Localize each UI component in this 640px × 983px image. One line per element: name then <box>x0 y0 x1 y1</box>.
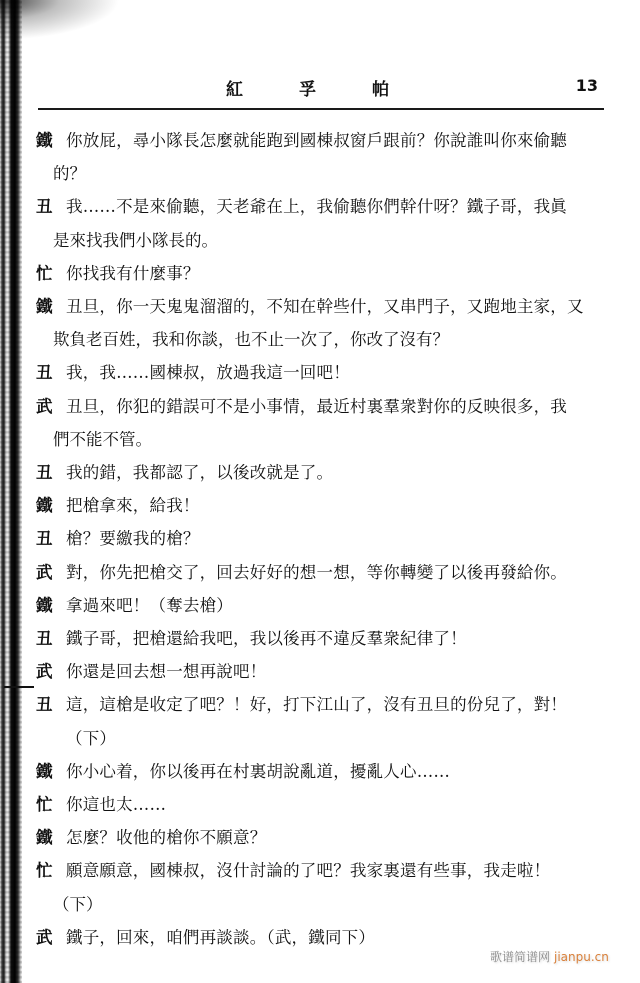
script-body: 鐵你放屁，尋小隊長怎麼就能跑到國棟叔窗戶跟前？你說誰叫你來偷聽的？丑我……不是來… <box>36 124 606 954</box>
speaker-name: 丑 <box>36 522 66 555</box>
dialogue-continuation: 的？ <box>36 157 606 190</box>
speaker-name: 武 <box>36 921 66 954</box>
dialogue-line: 丑鐵子哥，把槍還給我吧，我以後再不違反羣衆紀律了！ <box>36 622 606 655</box>
dialogue-text: 你找我有什麼事？ <box>66 257 606 290</box>
dialogue-continuation: 們不能不管。 <box>36 423 606 456</box>
speaker-name: 忙 <box>36 854 66 887</box>
speaker-name: 丑 <box>36 356 66 389</box>
dialogue-continuation: 是來找我們小隊長的。 <box>36 224 606 257</box>
dialogue-text: 我……不是來偷聽，天老爺在上，我偷聽你們幹什呀？鐵子哥，我眞 <box>66 190 606 223</box>
speaker-name: 丑 <box>36 688 66 721</box>
dialogue-text: 我，我……國棟叔，放過我這一回吧！ <box>66 356 606 389</box>
speaker-name: 鐵 <box>36 290 66 323</box>
dialogue-line: 丑我的錯，我都認了，以後改就是了。 <box>36 456 606 489</box>
dialogue-line: 武對，你先把槍交了，回去好好的想一想，等你轉變了以後再發給你。 <box>36 556 606 589</box>
speaker-name: 鐵 <box>36 589 66 622</box>
dialogue-text: 槍？要繳我的槍？ <box>66 522 606 555</box>
dialogue-text: 怎麼？收他的槍你不願意？ <box>66 821 606 854</box>
dialogue-text: 你還是回去想一想再說吧！ <box>66 655 606 688</box>
watermark-label: 歌谱简谱网 <box>490 950 550 964</box>
speaker-name: 鐵 <box>36 489 66 522</box>
speaker-name: 鐵 <box>36 821 66 854</box>
dialogue-text: 願意願意，國棟叔，沒什討論的了吧？我家裏還有些事，我走啦！ <box>66 854 606 887</box>
dialogue-line: 鐵拿過來吧！（奪去槍） <box>36 589 606 622</box>
speaker-name: 鐵 <box>36 755 66 788</box>
dialogue-text: 對，你先把槍交了，回去好好的想一想，等你轉變了以後再發給你。 <box>66 556 606 589</box>
speaker-name: 鐵 <box>36 124 66 157</box>
speaker-name: 丑 <box>36 622 66 655</box>
running-title: 紅孚帕 <box>226 75 445 100</box>
watermark-site: jianpu.cn <box>554 950 609 964</box>
dialogue-text: 丑旦，你一天鬼鬼溜溜的，不知在幹些什，又串門子，又跑地主家，又 <box>66 290 606 323</box>
dialogue-line: 忙願意願意，國棟叔，沒什討論的了吧？我家裏還有些事，我走啦！ <box>36 854 606 887</box>
scan-shadow <box>0 0 120 40</box>
watermark: 歌谱简谱网jianpu.cn <box>490 948 609 965</box>
dialogue-line: 鐵丑旦，你一天鬼鬼溜溜的，不知在幹些什，又串門子，又跑地主家，又 <box>36 290 606 323</box>
dialogue-line: 丑槍？要繳我的槍？ <box>36 522 606 555</box>
dialogue-line: 鐵你小心着，你以後再在村裏胡說亂道，擾亂人心…… <box>36 755 606 788</box>
dialogue-text: 拿過來吧！（奪去槍） <box>66 589 606 622</box>
dialogue-text: 把槍拿來，給我！ <box>66 489 606 522</box>
margin-mark <box>4 686 34 688</box>
dialogue-text: 你這也太…… <box>66 788 606 821</box>
dialogue-text: 我的錯，我都認了，以後改就是了。 <box>66 456 606 489</box>
dialogue-line: 鐵把槍拿來，給我！ <box>36 489 606 522</box>
dialogue-text: 你小心着，你以後再在村裏胡說亂道，擾亂人心…… <box>66 755 606 788</box>
dialogue-line: 鐵怎麼？收他的槍你不願意？ <box>36 821 606 854</box>
speaker-name: 忙 <box>36 788 66 821</box>
speaker-name: 武 <box>36 655 66 688</box>
dialogue-text: 這，這槍是收定了吧？！好，打下江山了，沒有丑旦的份兒了，對！（下） <box>66 688 606 754</box>
speaker-name: 武 <box>36 390 66 423</box>
page-header: 紅孚帕 13 <box>38 73 606 103</box>
book-binding-edge <box>0 0 22 983</box>
speaker-name: 丑 <box>36 190 66 223</box>
speaker-name: 忙 <box>36 257 66 290</box>
dialogue-line: 丑我……不是來偷聽，天老爺在上，我偷聽你們幹什呀？鐵子哥，我眞 <box>36 190 606 223</box>
dialogue-continuation: 欺負老百姓，我和你談，也不止一次了，你改了沒有？ <box>36 323 606 356</box>
page-number: 13 <box>576 76 598 95</box>
header-rule <box>38 108 604 110</box>
dialogue-continuation: （下） <box>36 888 606 921</box>
speaker-name: 丑 <box>36 456 66 489</box>
dialogue-text: 鐵子哥，把槍還給我吧，我以後再不違反羣衆紀律了！ <box>66 622 606 655</box>
dialogue-line: 忙你這也太…… <box>36 788 606 821</box>
dialogue-line: 忙你找我有什麼事？ <box>36 257 606 290</box>
dialogue-text: 丑旦，你犯的錯誤可不是小事情，最近村裏羣衆對你的反映很多，我 <box>66 390 606 423</box>
dialogue-line: 丑我，我……國棟叔，放過我這一回吧！ <box>36 356 606 389</box>
dialogue-text: 你放屁，尋小隊長怎麼就能跑到國棟叔窗戶跟前？你說誰叫你來偷聽 <box>66 124 606 157</box>
dialogue-line: 武你還是回去想一想再說吧！ <box>36 655 606 688</box>
dialogue-line: 鐵你放屁，尋小隊長怎麼就能跑到國棟叔窗戶跟前？你說誰叫你來偷聽 <box>36 124 606 157</box>
speaker-name: 武 <box>36 556 66 589</box>
dialogue-line: 武丑旦，你犯的錯誤可不是小事情，最近村裏羣衆對你的反映很多，我 <box>36 390 606 423</box>
dialogue-line: 丑這，這槍是收定了吧？！好，打下江山了，沒有丑旦的份兒了，對！（下） <box>36 688 606 754</box>
